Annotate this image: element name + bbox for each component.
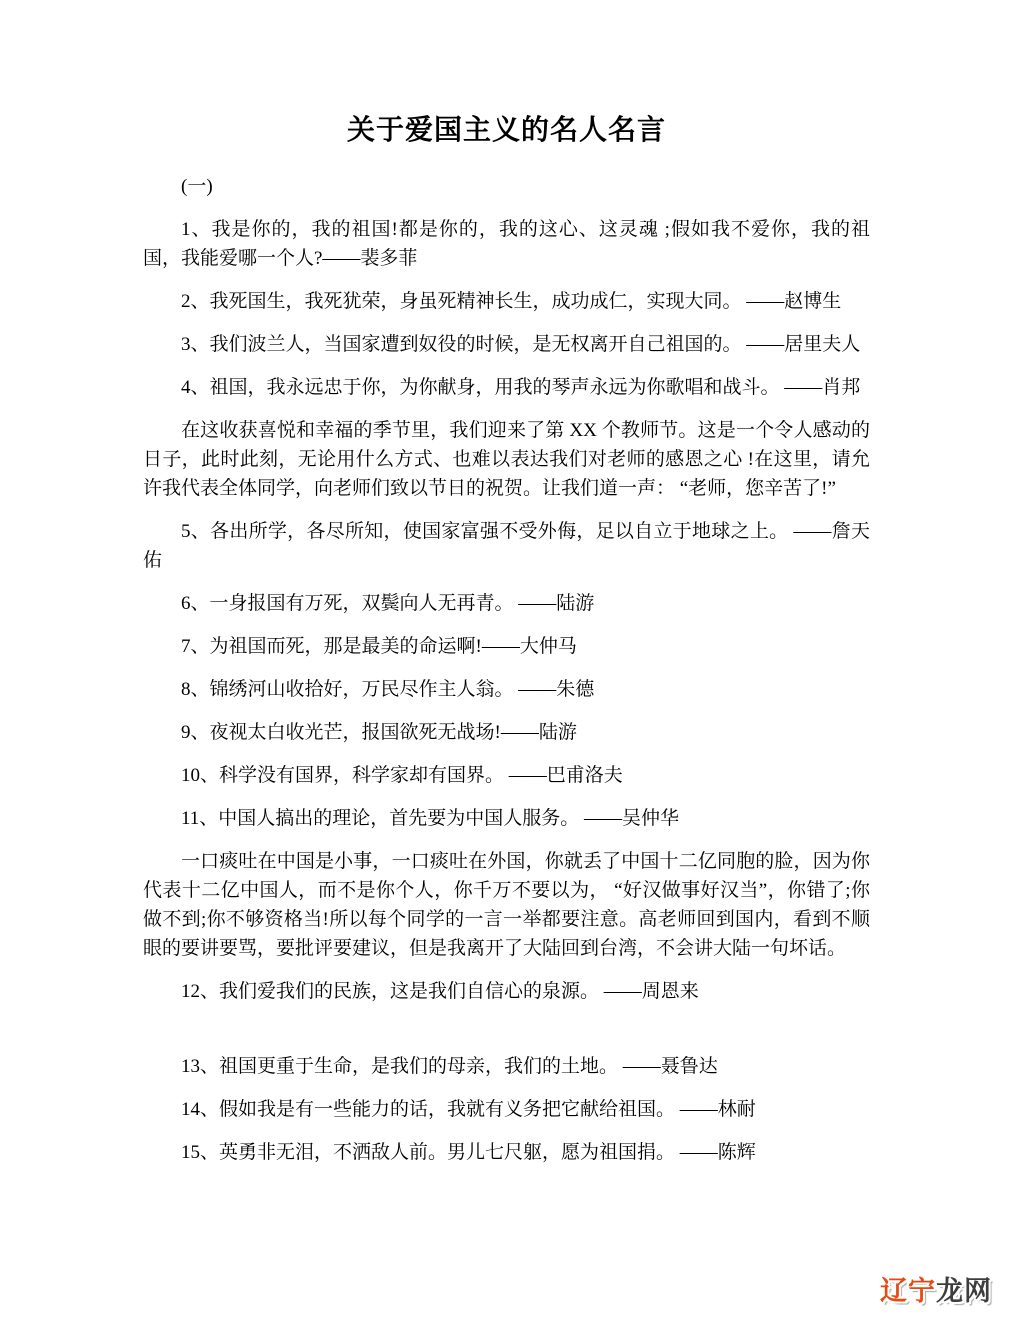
quote-paragraph-5: 5、各出所学，各尽所知，使国家富强不受外侮，足以自立于地球之上。 ——詹天佑 (143, 517, 870, 575)
blank-line (143, 1006, 870, 1038)
site-watermark: 辽宁龙网 (880, 1276, 992, 1306)
quote-paragraph-6: 6、一身报国有万死，双鬓向人无再青。 ——陆游 (143, 589, 870, 618)
quote-paragraph-11: 11、中国人搞出的理论，首先要为中国人服务。 ——吴仲华 (143, 804, 870, 833)
document-title: 关于爱国主义的名人名言 (143, 112, 870, 150)
quote-paragraph-7: 7、为祖国而死，那是最美的命运啊!——大仲马 (143, 632, 870, 661)
quote-paragraph-8: 8、锦绣河山收拾好，万民尽作主人翁。 ——朱德 (143, 675, 870, 704)
quote-paragraph-10: 10、科学没有国界，科学家却有国界。 ——巴甫洛夫 (143, 761, 870, 790)
document-page: 关于爱国主义的名人名言 (一) 1、我是你的，我的祖国!都是你的，我的这心、这灵… (143, 0, 870, 1167)
quote-paragraph-4: 4、祖国，我永远忠于你，为你献身，用我的琴声永远为你歌唱和战斗。 ——肖邦 (143, 373, 870, 402)
quote-paragraph-2: 2、我死国生，我死犹荣，身虽死精神长生，成功成仁，实现大同。 ——赵博生 (143, 287, 870, 316)
teachers-day-paragraph: 在这收获喜悦和幸福的季节里，我们迎来了第 XX 个教师节。这是一个令人感动的日子… (143, 416, 870, 503)
section-label: (一) (143, 172, 870, 201)
watermark-text-liaoning: 辽宁 (880, 1276, 936, 1306)
watermark-text-longwang: 龙网 (936, 1276, 992, 1306)
spit-story-paragraph: 一口痰吐在中国是小事，一口痰吐在外国，你就丢了中国十二亿同胞的脸，因为你代表十二… (143, 847, 870, 963)
quote-paragraph-12: 12、我们爱我们的民族，这是我们自信心的泉源。 ——周恩来 (143, 977, 870, 1006)
quote-paragraph-15: 15、英勇非无泪，不洒敌人前。男儿七尺躯，愿为祖国捐。 ——陈辉 (143, 1138, 870, 1167)
quote-paragraph-9: 9、夜视太白收光芒，报国欲死无战场!——陆游 (143, 718, 870, 747)
quote-paragraph-3: 3、我们波兰人，当国家遭到奴役的时候，是无权离开自己祖国的。 ——居里夫人 (143, 330, 870, 359)
quote-paragraph-13: 13、祖国更重于生命，是我们的母亲，我们的土地。 ——聂鲁达 (143, 1052, 870, 1081)
quote-paragraph-14: 14、假如我是有一些能力的话，我就有义务把它献给祖国。 ——林耐 (143, 1095, 870, 1124)
quote-paragraph-1: 1、我是你的，我的祖国!都是你的，我的这心、这灵魂 ;假如我不爱你，我的祖国，我… (143, 215, 870, 273)
